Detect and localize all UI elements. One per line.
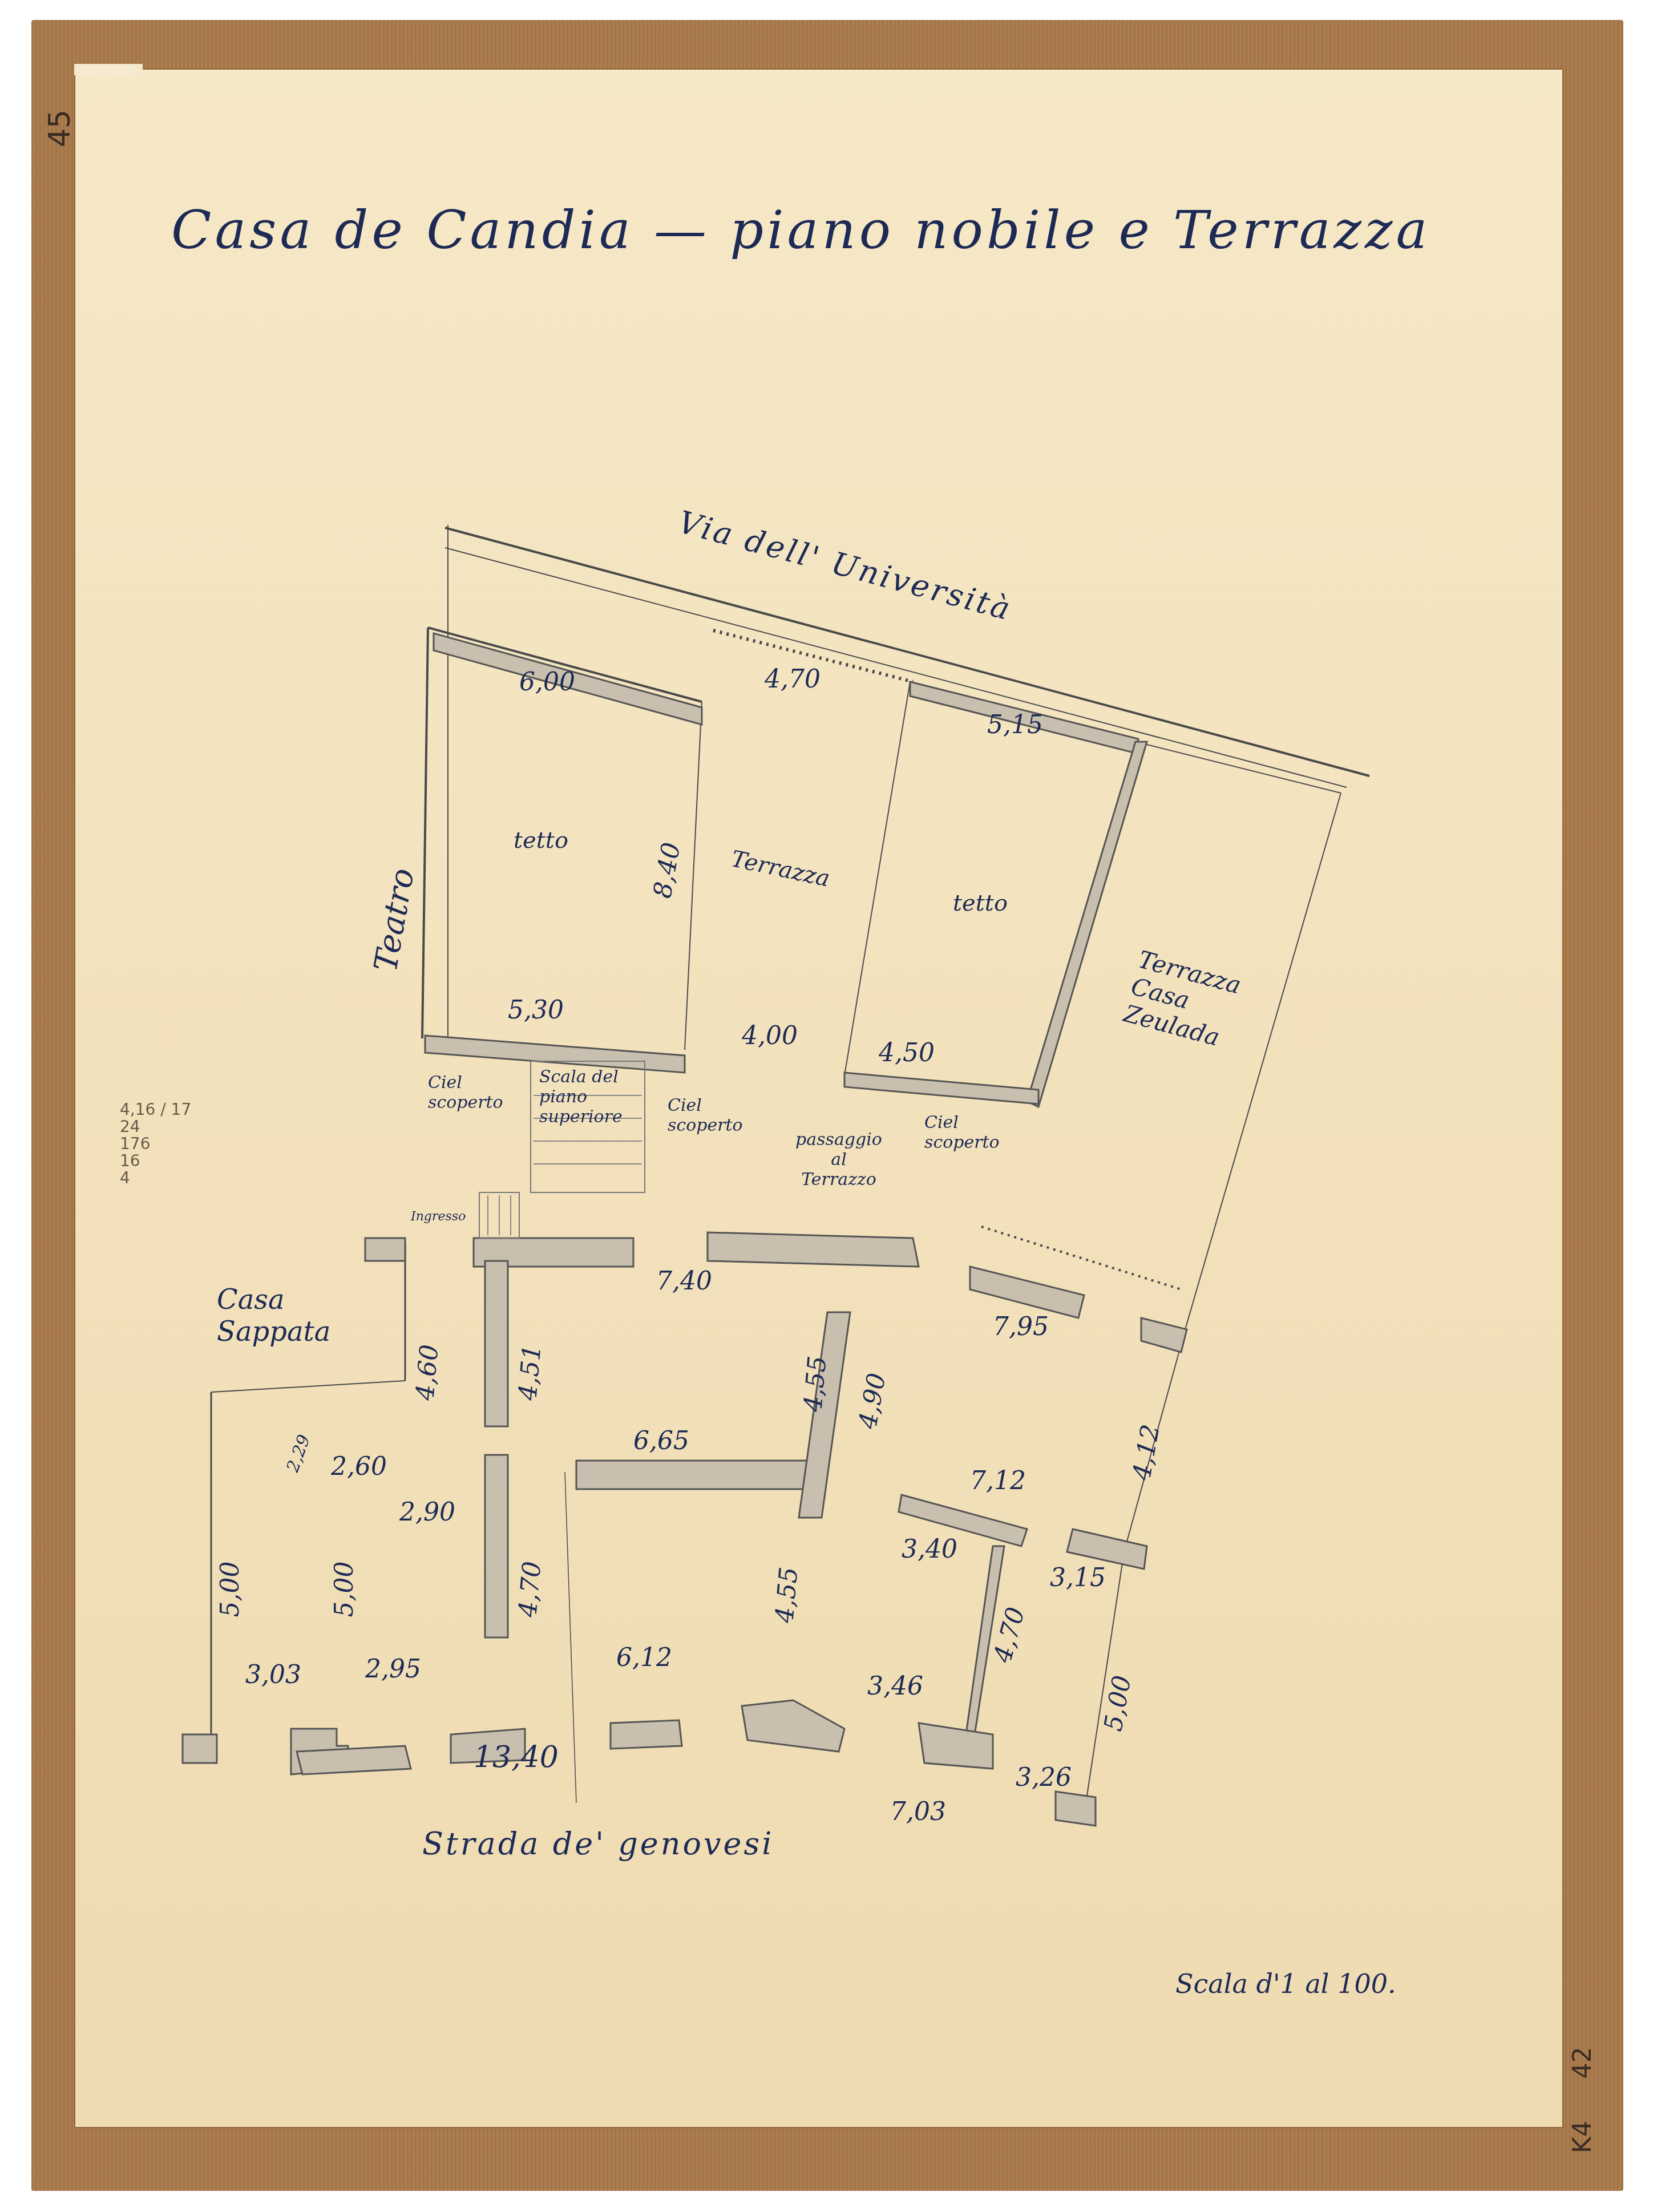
neighbor-label-casa-sappata: Casa Sappata [217,1284,365,1348]
dim-room-a: 3,40 [902,1535,957,1564]
dim-roof1-bottom: 5,30 [508,996,564,1025]
margin-note-3: 176 [120,1135,191,1152]
scale-note: Scala d'1 al 100. [1175,1968,1396,1999]
street-label-south: Strada de' genovesi [422,1826,774,1862]
dim-lower-pier: 4,70 [513,1560,547,1618]
dim-hall-width: 7,40 [656,1267,712,1296]
dim-left-wall: 4,60 [410,1343,444,1401]
dim-pier-1: 4,51 [513,1343,547,1401]
room-label-ciel-scoperto-1: Ciel scoperto [428,1073,474,1113]
room-label-passaggio: passaggio al Terrazzo [793,1130,884,1190]
dim-terrace-bottom: 4,00 [742,1021,798,1050]
room-label-ingresso: Ingresso [411,1210,466,1224]
floor-plan-drawing [0,0,1657,2212]
dim-small-b: 2,60 [331,1452,387,1481]
dim-roof2-bottom: 4,50 [879,1038,935,1067]
room-label-stair: Scala del piano superiore [539,1067,642,1127]
margin-note-4: 16 [120,1152,191,1170]
dim-big-room: 6,65 [633,1426,689,1455]
room-label-tetto-2: tetto [953,890,1008,916]
margin-note-1: 4,16 / 17 [120,1101,191,1118]
dim-top-2: 4,70 [765,665,821,694]
document-title: Casa de Candia — piano nobile e Terrazza [171,200,1430,261]
room-label-ciel-scoperto-3: Ciel scoperto [924,1113,993,1152]
dim-lower-left-h: 5,00 [216,1562,245,1617]
dim-top-1: 6,00 [519,668,575,697]
dim-front-5: 3,26 [1016,1763,1072,1792]
dim-front-1: 3,03 [245,1660,301,1689]
dim-room-b: 3,15 [1050,1563,1106,1592]
dim-mid-a: 4,55 [798,1354,832,1413]
dim-front-4: 3,46 [867,1672,923,1701]
dim-small-c: 2,90 [399,1498,455,1527]
dim-front-3: 6,12 [616,1643,672,1672]
margin-note-2: 24 [120,1118,191,1135]
dim-lower-mid-h: 5,00 [330,1562,359,1617]
room-label-tetto-1: tetto [514,827,568,854]
dim-front-6: 7,03 [890,1797,946,1826]
dim-room-c-h: 4,55 [770,1566,803,1624]
dim-front-total: 13,40 [474,1740,559,1774]
dim-right-room: 7,12 [970,1466,1026,1495]
dim-top-3: 5,15 [987,710,1043,739]
dim-hall-right: 7,95 [993,1312,1049,1341]
margin-note-5: 4 [120,1170,191,1187]
margin-notes: 4,16 / 17 24 176 16 4 [120,1101,191,1187]
room-label-ciel-scoperto-2: Ciel scoperto [668,1095,742,1135]
dim-front-2: 2,95 [365,1655,421,1684]
